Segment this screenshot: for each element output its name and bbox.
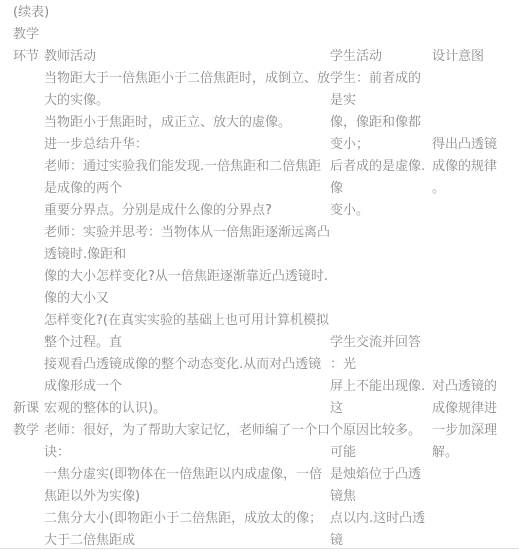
table-row: 整个过程。直学生交流并回答 <box>0 332 519 354</box>
table-row: 二焦分大小(即物距小于二倍焦距，成放太的像；点以内.这时凸透 <box>0 508 519 530</box>
student-cell: 镜焦 <box>330 486 356 508</box>
header-stage-row-1: 教学 <box>0 24 519 46</box>
teacher-cell: 重要分界点。分别是成什么像的分界点? <box>44 200 272 222</box>
teacher-cell: 是成像的两个 <box>44 178 122 200</box>
table-row: 进一步总结升华：变小；得出凸透镜 <box>0 134 519 156</box>
table-row: 大的实像。是实 <box>0 90 519 112</box>
teacher-cell: 当物距小于焦距时，成正立、放大的虚像。 <box>44 112 291 134</box>
table-row: 一焦分虚实(即物体在一倍焦距以内成虚像，一倍是烛焰位于凸透 <box>0 464 519 486</box>
table-row: 是成像的两个像。 <box>0 178 519 200</box>
intent-cell: 一步加深理 <box>432 420 497 442</box>
table-row: 老师：通过实验我们能发现.一倍焦距和二倍焦距后者成的是虚像.成像的规律 <box>0 156 519 178</box>
student-cell: 是烛焰位于凸透 <box>330 464 421 486</box>
teacher-cell: 像的大小怎样变化?从一倍焦距逐渐靠近凸透镜时. <box>44 266 328 288</box>
teacher-cell: 诀： <box>44 442 70 464</box>
student-cell: 是实 <box>330 90 356 112</box>
student-cell: 可能 <box>330 442 356 464</box>
teacher-cell: 宏观的整体的认识)。 <box>44 398 166 420</box>
table-row: 诀：可能解。 <box>0 442 519 464</box>
table-row: 教学老师：很好，为了帮助大家记忆，老师编了一个口个原因比较多。一步加深理 <box>0 420 519 442</box>
teacher-cell: 一焦分虚实(即物体在一倍焦距以内成虚像，一倍 <box>44 464 322 486</box>
teacher-cell: 怎样变化?(在真实实验的基础上也可用计算机模拟 <box>44 310 329 332</box>
table-row: 当物距大于一倍焦距小于二倍焦距时，成倒立、放学生：前者成的 <box>0 68 519 90</box>
teacher-cell: 当物距大于一倍焦距小于二倍焦距时，成倒立、放 <box>44 68 330 90</box>
student-cell: 像 <box>330 178 343 200</box>
table-row: 像的大小又 <box>0 288 519 310</box>
teacher-cell: 透镜时.像距和 <box>44 244 126 266</box>
header-row: 环节 教师活动 学生活动 设计意图 <box>0 46 519 68</box>
intent-cell: 成像的规律 <box>432 156 497 178</box>
intent-cell: 成像规律进 <box>432 398 497 420</box>
teacher-cell: 大的实像。 <box>44 90 109 112</box>
table-row: 接观看凸透镜成像的整个动态变化.从而对凸透镜：光 <box>0 354 519 376</box>
teacher-cell: 成像形成一个 <box>44 376 122 398</box>
teacher-cell: 二焦分大小(即物距小于二倍焦距，成放太的像； <box>44 508 322 530</box>
table-row: 重要分界点。分别是成什么像的分界点?变小。 <box>0 200 519 222</box>
teacher-cell: 进一步总结升华： <box>44 134 148 156</box>
table-row: 成像形成一个屏上不能出现像.对凸透镜的 <box>0 376 519 398</box>
intent-cell: 得出凸透镜 <box>432 134 497 156</box>
student-cell: 变小； <box>330 134 369 156</box>
intent-cell: 解。 <box>432 442 458 464</box>
lesson-plan-continued-table: (续表) 教学 环节 教师活动 学生活动 设计意图 当物距大于一倍焦距小于二倍焦… <box>0 0 519 551</box>
table-row: 像的大小怎样变化?从一倍焦距逐渐靠近凸透镜时. <box>0 266 519 288</box>
teacher-cell: 老师：实验并思考：当物体从一倍焦距逐渐远离凸 <box>44 222 330 244</box>
stage-header-line2: 环节 <box>13 46 39 68</box>
stage-cell: 新课 <box>13 398 39 420</box>
teacher-cell: 整个过程。直 <box>44 332 122 354</box>
teacher-cell: 老师：通过实验我们能发现.一倍焦距和二倍焦距 <box>44 156 321 178</box>
student-cell: 屏上不能出现像. <box>330 376 425 398</box>
student-cell: 这 <box>330 398 343 420</box>
student-cell: 学生交流并回答 <box>330 332 421 354</box>
teacher-cell: 接观看凸透镜成像的整个动态变化.从而对凸透镜 <box>44 354 321 376</box>
design-intent-header: 设计意图 <box>432 46 484 68</box>
student-cell: 变小。 <box>330 200 369 222</box>
intent-cell: 对凸透镜的 <box>432 376 497 398</box>
student-cell: 个原因比较多。 <box>330 420 421 442</box>
intent-cell: 。 <box>432 178 445 200</box>
table-row: 焦距以外为实像)镜焦 <box>0 486 519 508</box>
table-row: 怎样变化?(在真实实验的基础上也可用计算机模拟 <box>0 310 519 332</box>
student-cell: 点以内.这时凸透 <box>330 508 425 530</box>
stage-header-line1: 教学 <box>13 24 39 46</box>
table-row: 当物距小于焦距时，成正立、放大的虚像。像，像距和像都 <box>0 112 519 134</box>
table-row: 老师：实验并思考：当物体从一倍焦距逐渐远离凸 <box>0 222 519 244</box>
student-cell: ：光 <box>330 354 356 376</box>
student-activity-header: 学生活动 <box>330 46 382 68</box>
student-cell: 学生：前者成的 <box>330 68 421 90</box>
table-body: 当物距大于一倍焦距小于二倍焦距时，成倒立、放学生：前者成的大的实像。是实当物距小… <box>0 68 519 551</box>
table-row: 透镜时.像距和 <box>0 244 519 266</box>
teacher-cell: 像的大小又 <box>44 288 109 310</box>
bottom-divider <box>0 548 519 549</box>
teacher-cell: 焦距以外为实像) <box>44 486 140 508</box>
teacher-activity-header: 教师活动 <box>44 46 96 68</box>
stage-cell: 教学 <box>13 420 39 442</box>
student-cell: 像，像距和像都 <box>330 112 421 134</box>
table-row: 新课宏观的整体的认识)。这成像规律进 <box>0 398 519 420</box>
continued-label: (续表) <box>13 2 49 24</box>
student-cell: 后者成的是虚像. <box>330 156 425 178</box>
teacher-cell: 老师：很好，为了帮助大家记忆，老师编了一个口 <box>44 420 330 442</box>
continued-label-row: (续表) <box>0 2 519 24</box>
